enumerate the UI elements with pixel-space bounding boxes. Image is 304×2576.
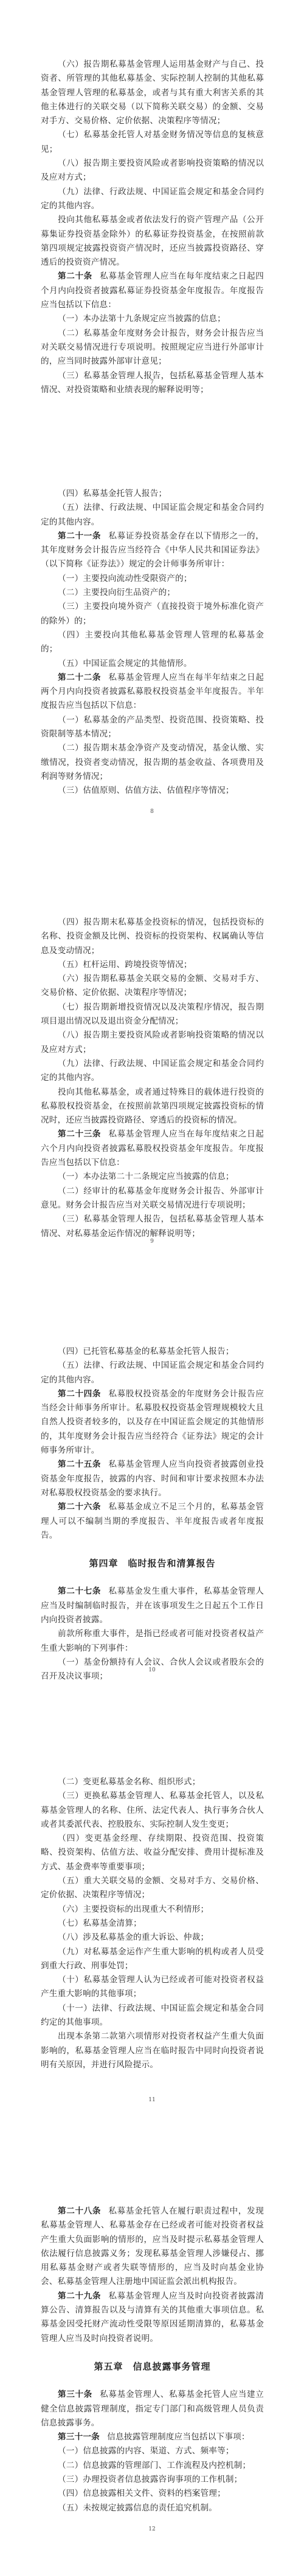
- paragraph: （五）重大关联交易的金额、交易对手方、交易价格、定价依据、决策程序等情况；: [41, 1874, 264, 1903]
- paragraph: 出现本条第二款第六项情形对投资者权益产生重大负面影响的，私募基金管理人应当在临时…: [41, 2030, 264, 2072]
- paragraph: （三）主要投向境外资产（直接投资于境外标准化资产的除外）的；: [41, 600, 264, 628]
- article-number: 第三十条: [58, 2390, 92, 2399]
- paragraph: （一）信息披露的内容、渠道、方式、频率等；: [41, 2444, 264, 2458]
- paragraph: （二）信息披露的管理部门、工作流程及内控机制；: [41, 2459, 264, 2473]
- article-number: 第二十六条: [58, 1502, 101, 1512]
- paragraph: （四）信息披露相关文件、资料的档案管理；: [41, 2487, 264, 2501]
- page: （六）报告期私募基金管理人运用基金财产与自己、投资者、所管理的其他私募基金、实际…: [41, 58, 264, 397]
- paragraph: 前款所称重大事件，是指已经或者可能对投资者权益产生重大影响的下列事件：: [41, 1627, 264, 1656]
- paragraph: 第三十一条信息披露管理制度应当包括以下事项：: [41, 2430, 264, 2444]
- paragraph: 第二十九条私募基金管理人应当及时向投资者披露清算公告、清算报告以及与清算有关的其…: [41, 2289, 264, 2346]
- paragraph: （十一）法律、行政法规、中国证监会规定和基金合同约定的其他事项。: [41, 2002, 264, 2030]
- paragraph: （一）本办法第二十二条规定应当披露的信息；: [41, 1170, 264, 1184]
- paragraph: （六）报告期私募基金管理人运用基金财产与自己、投资者、所管理的其他私募基金、实际…: [41, 58, 264, 128]
- paragraph: 第二十三条私募基金管理人应当在每年度结束之日起六个月内向投资者披露私募股权投资基…: [41, 1127, 264, 1170]
- page-number: 7: [0, 379, 304, 386]
- paragraph: （八）报告期主要投资风险或者影响投资策略的情况以及应对方式；: [41, 157, 264, 185]
- article-number: 第二十三条: [58, 1129, 101, 1139]
- paragraph: 投向其他私募基金或者依法发行的资产管理产品（公开募集证券投资基金除外）的私募证券…: [41, 213, 264, 270]
- paragraph: （五）法律、行政法规、中国证监会规定和基金合同约定的其他内容。: [41, 1359, 264, 1387]
- paragraph: （三）估值原则、估值方法、估值程序等情况；: [41, 784, 264, 798]
- paragraph: 第二十六条私募基金成立不足三个月的，私募基金管理人可以不编制当期的季度报告、半年…: [41, 1500, 264, 1543]
- paragraph: （一）本办法第十九条规定应当披露的信息；: [41, 312, 264, 326]
- page-number: 11: [0, 2096, 304, 2104]
- paragraph: 第二十五条私募基金管理人应当向投资者披露创业投资基金年度报告，披露的内容、时间和…: [41, 1458, 264, 1500]
- article-number: 第三十一条: [58, 2432, 100, 2442]
- article-number: 第二十七条: [58, 1586, 101, 1596]
- document: （六）报告期私募基金管理人运用基金财产与自己、投资者、所管理的其他私募基金、实际…: [0, 0, 304, 2576]
- paragraph: 投向其他私募基金，或者通过特殊目的载体进行投资的私募股权投资基金，在按照前款第四…: [41, 1086, 264, 1128]
- page: （二）变更私募基金名称、组织形式；（三）更换私募基金管理人、私募基金托管人，以及…: [41, 1775, 264, 2072]
- paragraph: 第三十条私募基金管理人、私募基金托管人应当建立健全信息披露管理制度，指定专门部门…: [41, 2388, 264, 2430]
- chapter-heading: 第四章 临时报告和清算报告: [41, 1557, 264, 1571]
- paragraph: 第二十四条私募股权投资基金的年度财务会计报告应当经会计师事务所审计。私募股权投资…: [41, 1387, 264, 1458]
- paragraph: （二）经审计的私募基金年度财务会计报告、外部审计意见。财务会计报告应当对关联交易…: [41, 1184, 264, 1213]
- page: （四）已托管私募基金的私募基金托管人报告；（五）法律、行政法规、中国证监会规定和…: [41, 1345, 264, 1684]
- paragraph: 第二十七条私募基金发生重大事件，私募基金管理人应当及时编制临时报告，并在该事项发…: [41, 1585, 264, 1627]
- paragraph: （二）私募基金年度财务会计报告，财务会计报告应当对关联交易情况进行专项说明。按照…: [41, 327, 264, 369]
- paragraph: （四）报告期末私募基金投资标的情况，包括投资标的名称、投资金额及比例、投资标的投…: [41, 916, 264, 958]
- paragraph: （四）变更基金经理、存续期限、投资范围、投资策略、投资架构、估值方法、收益分配安…: [41, 1832, 264, 1874]
- article-number: 第二十八条: [58, 2206, 101, 2216]
- paragraph: （一）私募基金的产品类型、投资范围、投资策略、投资限制等基本情况；: [41, 713, 264, 742]
- article-number: 第二十九条: [58, 2291, 101, 2301]
- paragraph: （三）更换私募基金管理人、私募基金托管人，以及私募基金管理人的名称、住所、法定代…: [41, 1789, 264, 1832]
- page-number: 10: [0, 1667, 304, 1674]
- paragraph: （九）对私募基金运作产生重大影响的机构或者人员受到重大行政、刑事处罚；: [41, 1945, 264, 1974]
- page: （四）报告期末私募基金投资标的情况，包括投资标的名称、投资金额及比例、投资标的投…: [41, 916, 264, 1241]
- page-number: 12: [0, 2526, 304, 2533]
- paragraph: （九）法律、行政法规、中国证监会规定和基金合同约定的其他内容。: [41, 1057, 264, 1086]
- page-number: 9: [0, 1238, 304, 1245]
- article-number: 第二十条: [58, 271, 92, 281]
- paragraph: 第二十八条私募基金托管人在履行职责过程中，发现私募基金管理人、私募基金存在已经或…: [41, 2204, 264, 2289]
- article-number: 第二十二条: [58, 673, 101, 682]
- paragraph: （五）法律、行政法规、中国证监会规定和基金合同约定的其他内容。: [41, 501, 264, 529]
- paragraph: （五）中国证监会规定的其他情形。: [41, 657, 264, 671]
- page: （四）私募基金托管人报告；（五）法律、行政法规、中国证监会规定和基金合同约定的其…: [41, 487, 264, 798]
- paragraph: （七）私募基金托管人对基金财务情况等信息的复核意见；: [41, 128, 264, 157]
- article-number: 第二十五条: [58, 1460, 101, 1469]
- paragraph: （四）已托管私募基金的私募基金托管人报告；: [41, 1345, 264, 1359]
- page-number: 8: [0, 808, 304, 815]
- chapter-heading: 第五章 信息披露事务管理: [41, 2360, 264, 2374]
- paragraph: （七）报告期新增投资情况以及决策程序情况，报告期项目退出情况以及退出资金分配情况…: [41, 1001, 264, 1029]
- paragraph: （八）涉及私募基金的重大诉讼、仲裁；: [41, 1931, 264, 1945]
- paragraph: （九）法律、行政法规、中国证监会规定和基金合同约定的其他内容。: [41, 185, 264, 214]
- paragraph: （三）私募基金管理人报告，包括私募基金管理人基本情况、对私募基金运作情况的解释说…: [41, 1212, 264, 1241]
- paragraph: 第二十条私募基金管理人应当在每年度结束之日起四个月内向投资者披露私募证券投资基金…: [41, 270, 264, 312]
- paragraph: （五）杠杆运用、跨境投资等情况；: [41, 958, 264, 972]
- paragraph: （三）办理投资者信息披露咨询事项的工作机制；: [41, 2473, 264, 2487]
- paragraph: 第二十一条私募证券投资基金存在以下情形之一的，其年度财务会计报告应当经符合《中华…: [41, 529, 264, 572]
- paragraph: 第二十二条私募基金管理人应当在每半年结束之日起两个月内向投资者披露私募股权投资基…: [41, 671, 264, 713]
- article-number: 第二十一条: [58, 531, 101, 541]
- paragraph: （六）主要投资标的出现重大不利情形；: [41, 1903, 264, 1917]
- paragraph: （六）报告期私募基金关联交易的金额、交易对手方、交易价格、定价依据、决策程序等情…: [41, 972, 264, 1001]
- paragraph: （十）私募基金管理人认为已经或者可能对投资者权益产生重大影响的其他事项；: [41, 1973, 264, 2002]
- paragraph: （二）报告期末基金净资产及变动情况，基金认缴、实缴情况，投资者变动情况，报告期的…: [41, 741, 264, 784]
- paragraph: （一）主要投向流动性受限资产的；: [41, 572, 264, 586]
- paragraph: （四）主要投向其他私募基金管理人管理的私募基金的；: [41, 628, 264, 657]
- paragraph: （二）变更私募基金名称、组织形式；: [41, 1775, 264, 1789]
- paragraph: （四）私募基金托管人报告；: [41, 487, 264, 501]
- article-number: 第二十四条: [58, 1389, 101, 1399]
- paragraph: （二）主要投向衍生品资产的；: [41, 586, 264, 600]
- paragraph: （五）未按规定披露信息的责任追究机制。: [41, 2501, 264, 2515]
- page: 第二十八条私募基金托管人在履行职责过程中，发现私募基金管理人、私募基金存在已经或…: [41, 2204, 264, 2515]
- paragraph: （七）私募基金清算；: [41, 1917, 264, 1931]
- paragraph: （八）报告期主要投资风险或者影响投资策略的情况以及应对方式；: [41, 1028, 264, 1057]
